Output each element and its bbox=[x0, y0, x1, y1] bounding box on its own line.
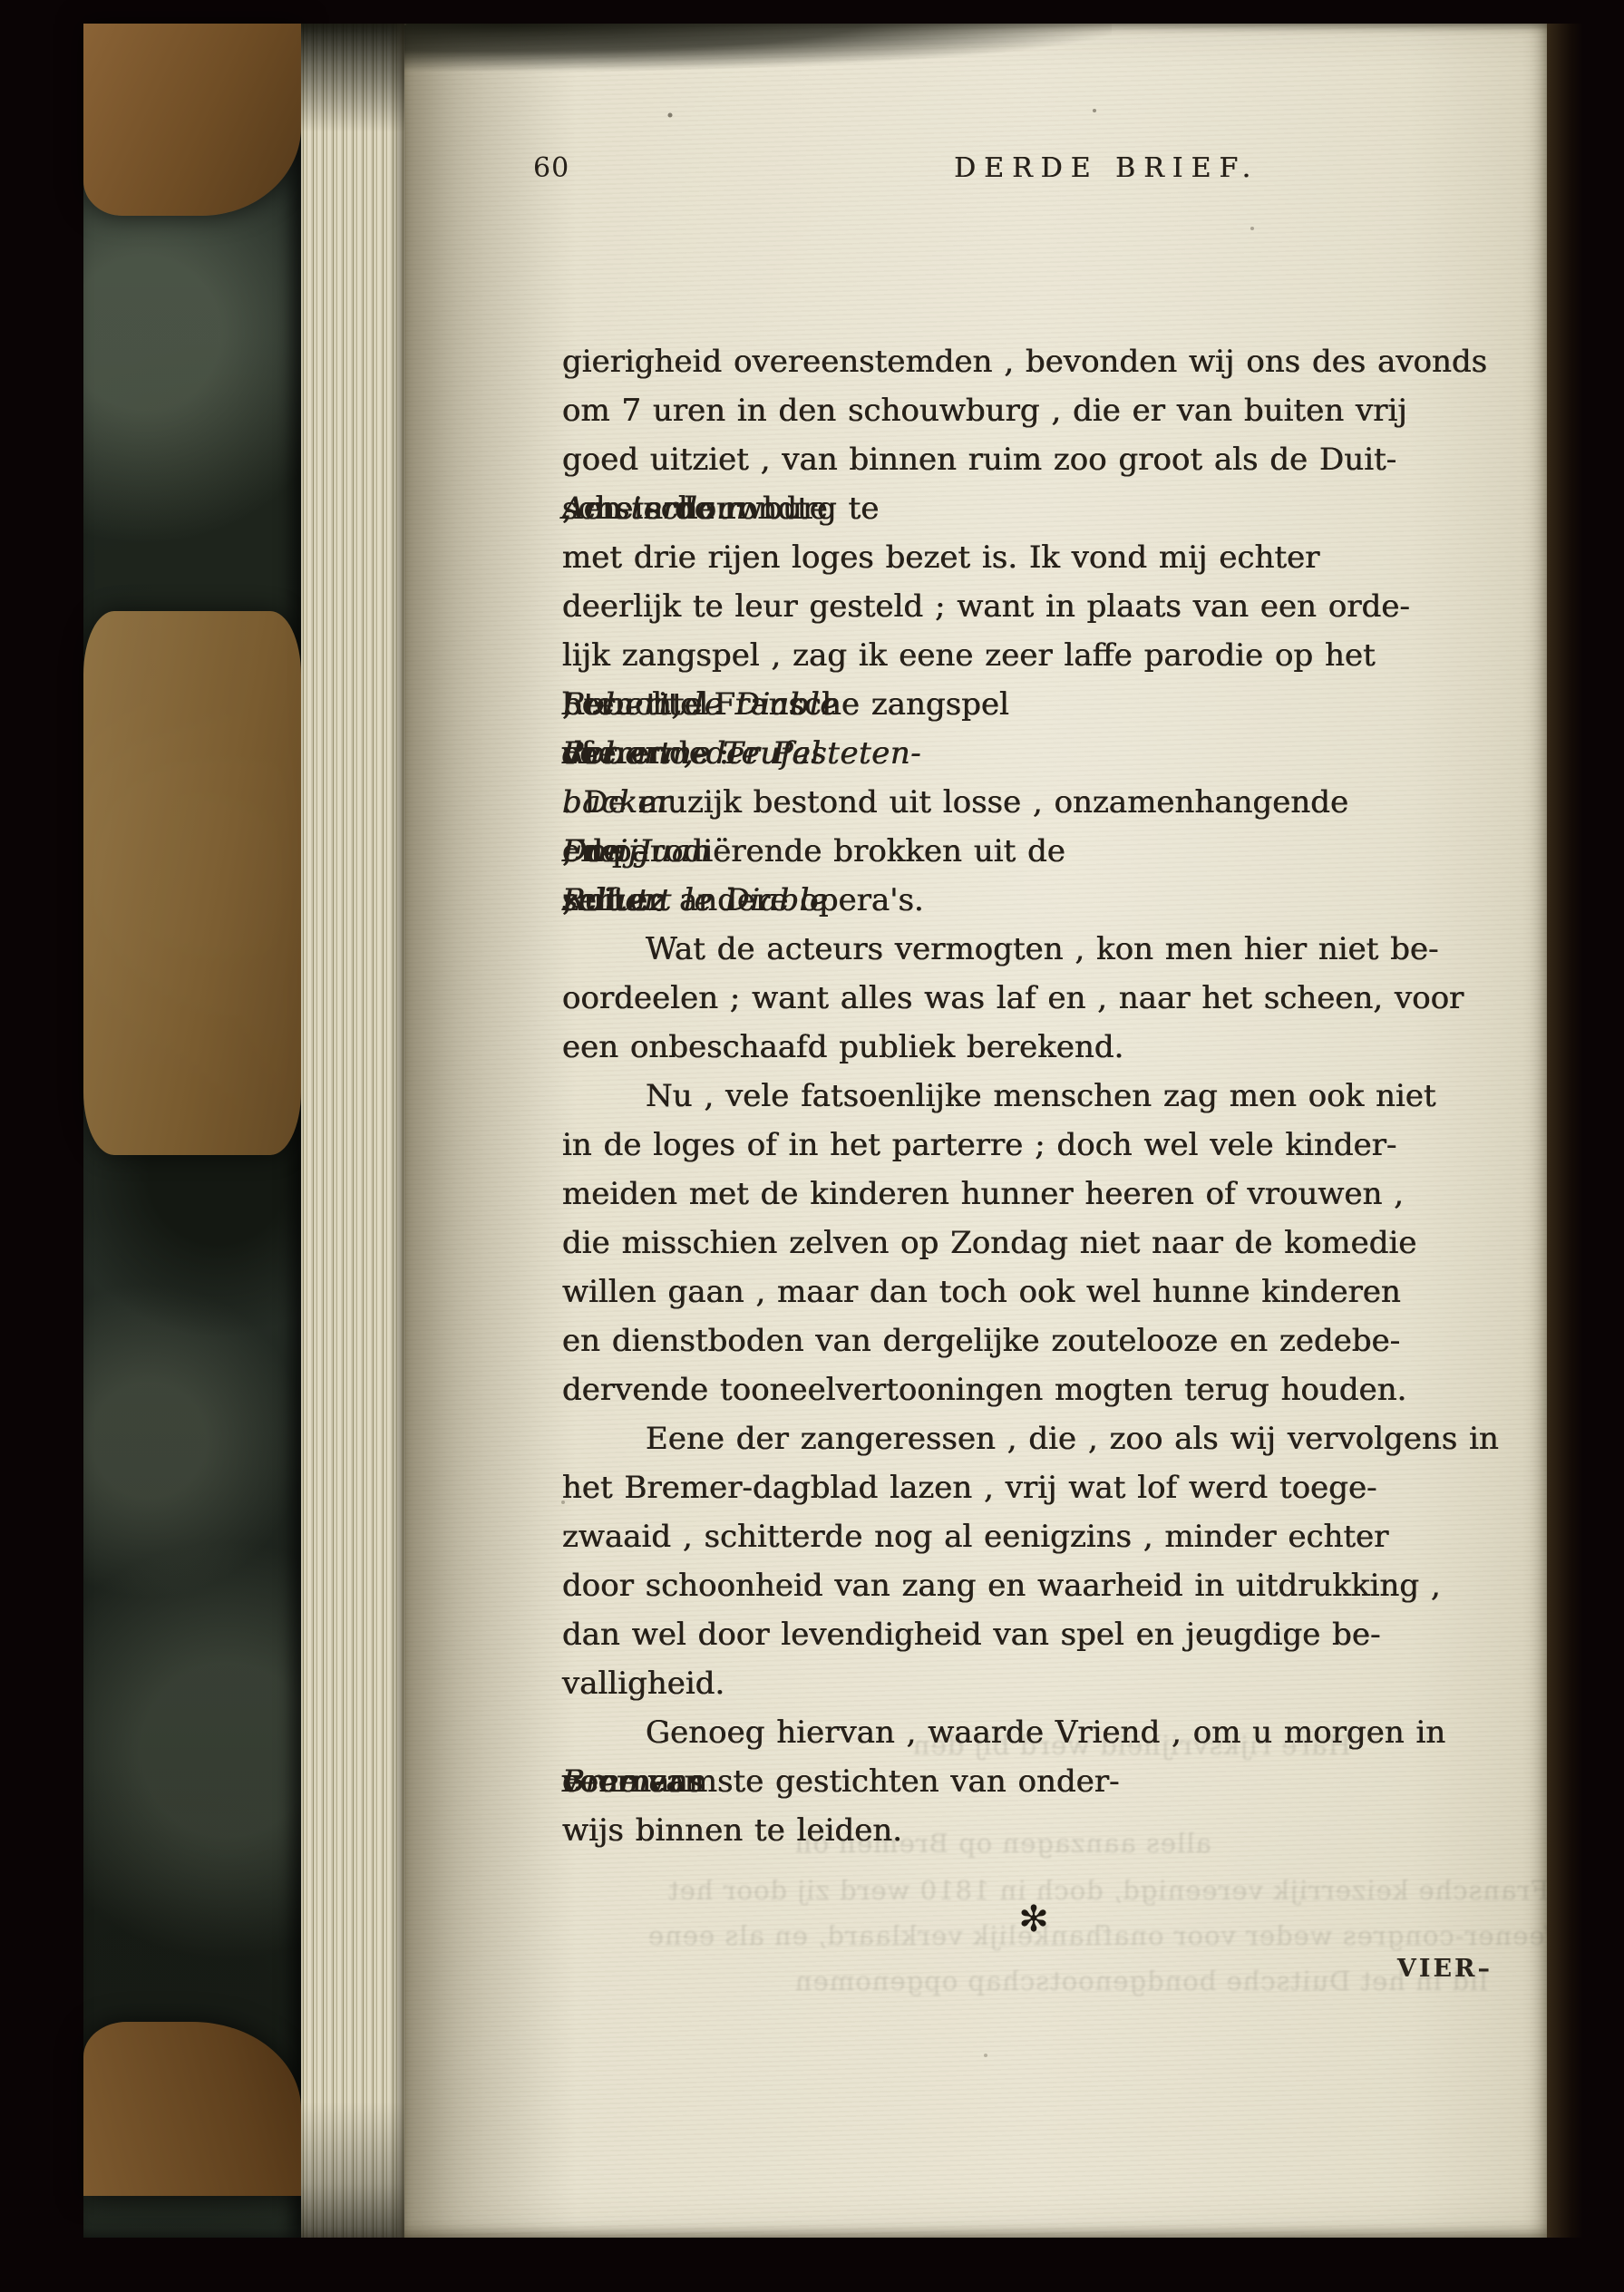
text-segment: , ten titel bbox=[562, 680, 708, 729]
text-segment: voornaamste gestichten van onder- bbox=[562, 1757, 1120, 1806]
text-line: oordeelen ; want alles was laf en , naar… bbox=[562, 974, 1505, 1023]
text-segment: lijk zangspel , zag ik eene zeer laffe p… bbox=[562, 631, 1376, 680]
text-line: dervende tooneelvertooningen mogten teru… bbox=[562, 1365, 1505, 1414]
book-cover-marbled-board bbox=[83, 24, 301, 2238]
text-line: en dienstboden van dergelijke zoutelooze… bbox=[562, 1316, 1505, 1365]
text-segment: . De muzijk bestond uit losse , onzamenh… bbox=[562, 778, 1348, 827]
text-line: sche schouwburg te Amsterdam , en in de … bbox=[562, 484, 1505, 533]
text-line: het Bremer-dagblad lazen , vrij wat lof … bbox=[562, 1463, 1505, 1512]
text-line: Eene der zangeressen , die , zoo als wij… bbox=[562, 1414, 1505, 1463]
text-line: beruchte Fransche zangspel Robert, le Di… bbox=[562, 680, 1505, 729]
page-right-edge bbox=[1547, 24, 1583, 2238]
text-segment: goed uitziet , van binnen ruim zoo groot… bbox=[562, 435, 1396, 484]
text-line: dan wel door levendigheid van spel en je… bbox=[562, 1610, 1505, 1659]
text-segment: willen gaan , maar dan toch ook wel hunn… bbox=[562, 1267, 1401, 1316]
text-segment: dervende tooneelvertooningen mogten teru… bbox=[562, 1365, 1406, 1414]
text-line: eene van Bremens voornaamste gestichten … bbox=[562, 1757, 1505, 1806]
text-segment: om 7 uren in den schouwburg , die er van… bbox=[562, 386, 1407, 435]
text-line: schutz , uit Robert le Diable zelf en an… bbox=[562, 876, 1505, 925]
text-line: om 7 uren in den schouwburg , die er van… bbox=[562, 386, 1505, 435]
text-line: meiden met de kinderen hunner heeren of … bbox=[562, 1170, 1505, 1219]
text-line: gierigheid overeenstemden , bevonden wij… bbox=[562, 337, 1505, 386]
text-line: met drie rijen loges bezet is. Ik vond m… bbox=[562, 533, 1505, 582]
printed-content: 60 DERDE BRIEF. gierigheid overeenstemde… bbox=[404, 24, 1547, 2238]
text-line: Nu , vele fatsoenlijke menschen zag men … bbox=[562, 1072, 1505, 1121]
page-edge-stack bbox=[301, 24, 404, 2238]
text-line: zwaaid , schitterde nog al eenigzins , m… bbox=[562, 1512, 1505, 1561]
dust-specks bbox=[404, 24, 406, 25]
text-segment: Robert , der Pasteten- bbox=[562, 729, 921, 778]
text-line: backer. De muzijk bestond uit losse , on… bbox=[562, 778, 1505, 827]
leather-patch-middle bbox=[83, 611, 301, 1155]
text-segment: die misschien zelven op Zondag niet naar… bbox=[562, 1219, 1417, 1267]
page-header: 60 DERDE BRIEF. bbox=[562, 152, 1505, 190]
text-segment: het Bremer-dagblad lazen , vrij wat lof … bbox=[562, 1463, 1377, 1512]
text-line: lijk zangspel , zag ik eene zeer laffe p… bbox=[562, 631, 1505, 680]
leather-corner-top bbox=[83, 24, 301, 216]
text-segment: zelf en andere opera's. bbox=[562, 876, 924, 925]
text-block: gierigheid overeenstemden , bevonden wij… bbox=[562, 337, 1505, 1855]
text-segment: met drie rijen loges bezet is. Ik vond m… bbox=[562, 533, 1320, 582]
book-page: Hare rijksvrijheid werd bij denalles aan… bbox=[404, 24, 1547, 2238]
text-segment: door schoonheid van zang en waarheid in … bbox=[562, 1561, 1441, 1610]
text-segment: zwaaid , schitterde nog al eenigzins , m… bbox=[562, 1512, 1389, 1561]
catchword: VIER– bbox=[562, 1955, 1493, 1983]
text-line: door schoonheid van zang en waarheid in … bbox=[562, 1561, 1505, 1610]
text-line: Wat de acteurs vermogten , kon men hier … bbox=[562, 925, 1505, 974]
text-line: valligheid. bbox=[562, 1659, 1505, 1708]
text-segment: gierigheid overeenstemden , bevonden wij… bbox=[562, 337, 1487, 386]
text-line: Genoeg hiervan , waarde Vriend , om u mo… bbox=[562, 1708, 1505, 1757]
text-segment: een onbeschaafd publiek berekend. bbox=[562, 1023, 1123, 1072]
text-segment: deerlijk te leur gesteld ; want in plaat… bbox=[562, 582, 1410, 631]
text-segment: Nu , vele fatsoenlijke menschen zag men … bbox=[604, 1072, 1436, 1121]
text-line: die misschien zelven op Zondag niet naar… bbox=[562, 1219, 1505, 1267]
text-line: deerlijk te leur gesteld ; want in plaat… bbox=[562, 582, 1505, 631]
text-segment: Genoeg hiervan , waarde Vriend , om u mo… bbox=[604, 1708, 1445, 1757]
text-segment: en dienstboden van dergelijke zoutelooze… bbox=[562, 1316, 1400, 1365]
text-segment: , en in de rondte bbox=[562, 484, 828, 533]
text-segment: Freij- bbox=[562, 827, 649, 876]
text-segment: dan wel door levendigheid van spel en je… bbox=[562, 1610, 1381, 1659]
text-line: voerende : der arme Teufel of Robert , d… bbox=[562, 729, 1505, 778]
text-line: wijs binnen te leiden. bbox=[562, 1806, 1505, 1855]
text-segment: oordeelen ; want alles was laf en , naar… bbox=[562, 974, 1464, 1023]
text-line: in de loges of in het parterre ; doch we… bbox=[562, 1121, 1505, 1170]
text-segment: meiden met de kinderen hunner heeren of … bbox=[562, 1170, 1404, 1219]
text-segment: Eene der zangeressen , die , zoo als wij… bbox=[604, 1414, 1499, 1463]
text-segment: wijs binnen te leiden. bbox=[562, 1806, 902, 1855]
text-line: en parodiërende brokken uit de Don Juan … bbox=[562, 827, 1505, 876]
book-scan: Hare rijksvrijheid werd bij denalles aan… bbox=[0, 0, 1624, 2292]
section-ornament: ✻ bbox=[562, 1899, 1505, 1940]
text-line: een onbeschaafd publiek berekend. bbox=[562, 1023, 1505, 1072]
page-number: 60 bbox=[533, 152, 569, 184]
text-segment: Wat de acteurs vermogten , kon men hier … bbox=[604, 925, 1439, 974]
text-segment: valligheid. bbox=[562, 1659, 724, 1708]
running-title: DERDE BRIEF. bbox=[954, 152, 1259, 184]
text-segment: in de loges of in het parterre ; doch we… bbox=[562, 1121, 1396, 1170]
text-line: goed uitziet , van binnen ruim zoo groot… bbox=[562, 435, 1505, 484]
text-line: willen gaan , maar dan toch ook wel hunn… bbox=[562, 1267, 1505, 1316]
leather-corner-bottom bbox=[83, 2022, 301, 2196]
